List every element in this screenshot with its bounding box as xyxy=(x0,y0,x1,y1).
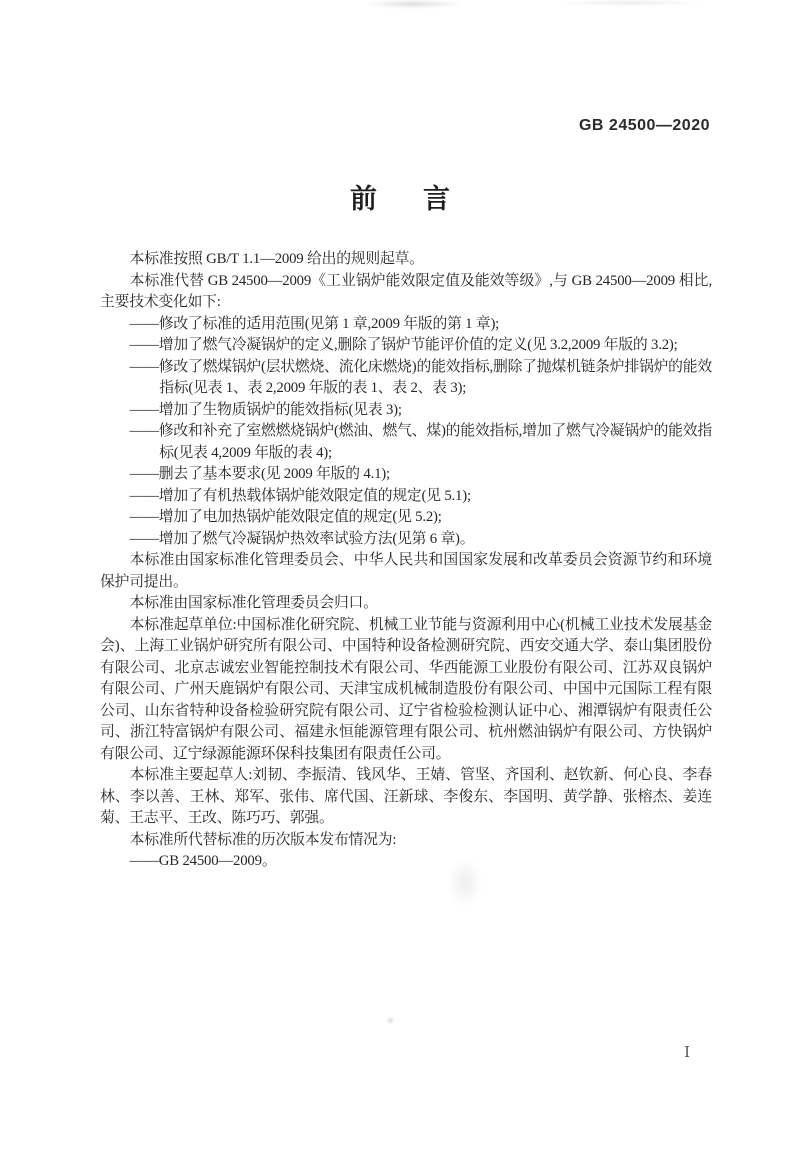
scan-artifact-top-right xyxy=(560,0,700,6)
foreword-paragraph: ——增加了生物质锅炉的能效指标(见表 3); xyxy=(100,400,712,422)
foreword-paragraph: 本标准主要起草人:刘韧、李振清、钱风华、王婧、管坚、齐国利、赵钦新、何心良、李春… xyxy=(100,765,712,830)
foreword-paragraph: ——增加了有机热载体锅炉能效限定值的规定(见 5.1); xyxy=(100,486,712,508)
foreword-paragraph: ——修改了标准的适用范围(见第 1 章,2009 年版的第 1 章); xyxy=(100,314,712,336)
foreword-paragraph: ——增加了电加热锅炉能效限定值的规定(见 5.2); xyxy=(100,507,712,529)
foreword-paragraph: 本标准起草单位:中国标准化研究院、机械工业节能与资源利用中心(机械工业技术发展基… xyxy=(100,615,712,766)
foreword-paragraph: ——增加了燃气冷凝锅炉的定义,删除了锅炉节能评价值的定义(见 3.2,2009 … xyxy=(100,335,712,357)
foreword-paragraph: ——GB 24500—2009。 xyxy=(100,851,712,873)
foreword-title-char: 前 xyxy=(350,185,377,215)
foreword-paragraph: ——删去了基本要求(见 2009 年版的 4.1); xyxy=(100,464,712,486)
foreword-paragraph: ——增加了燃气冷凝锅炉热效率试验方法(见第 6 章)。 xyxy=(100,529,712,551)
foreword-paragraph: 本标准代替 GB 24500—2009《工业锅炉能效限定值及能效等级》,与 GB… xyxy=(100,271,712,314)
foreword-paragraph: 本标准按照 GB/T 1.1—2009 给出的规则起草。 xyxy=(100,249,712,271)
foreword-paragraph: 本标准由国家标准化管理委员会、中华人民共和国国家发展和改革委员会资源节约和环境保… xyxy=(100,550,712,593)
scan-artifact-dot xyxy=(388,1018,393,1023)
scan-artifact-top-left xyxy=(368,0,460,8)
foreword-paragraph: 本标准由国家标准化管理委员会归口。 xyxy=(100,593,712,615)
page-number: Ⅰ xyxy=(684,1043,690,1062)
foreword-title-char: 言 xyxy=(423,185,450,215)
standard-code: GB 24500—2020 xyxy=(579,117,710,135)
foreword-paragraph: ——修改和补充了室燃燃烧锅炉(燃油、燃气、煤)的能效指标,增加了燃气冷凝锅炉的能… xyxy=(100,421,712,464)
foreword-paragraph: ——修改了燃煤锅炉(层状燃烧、流化床燃烧)的能效指标,删除了抛煤机链条炉排锅炉的… xyxy=(100,357,712,400)
document-page: GB 24500—2020 前 言 本标准按照 GB/T 1.1—2009 给出… xyxy=(0,0,800,1164)
foreword-paragraph: 本标准所代替标准的历次版本发布情况为: xyxy=(100,830,712,852)
foreword-title: 前 言 xyxy=(0,185,800,215)
foreword-body: 本标准按照 GB/T 1.1—2009 给出的规则起草。本标准代替 GB 245… xyxy=(100,249,712,873)
